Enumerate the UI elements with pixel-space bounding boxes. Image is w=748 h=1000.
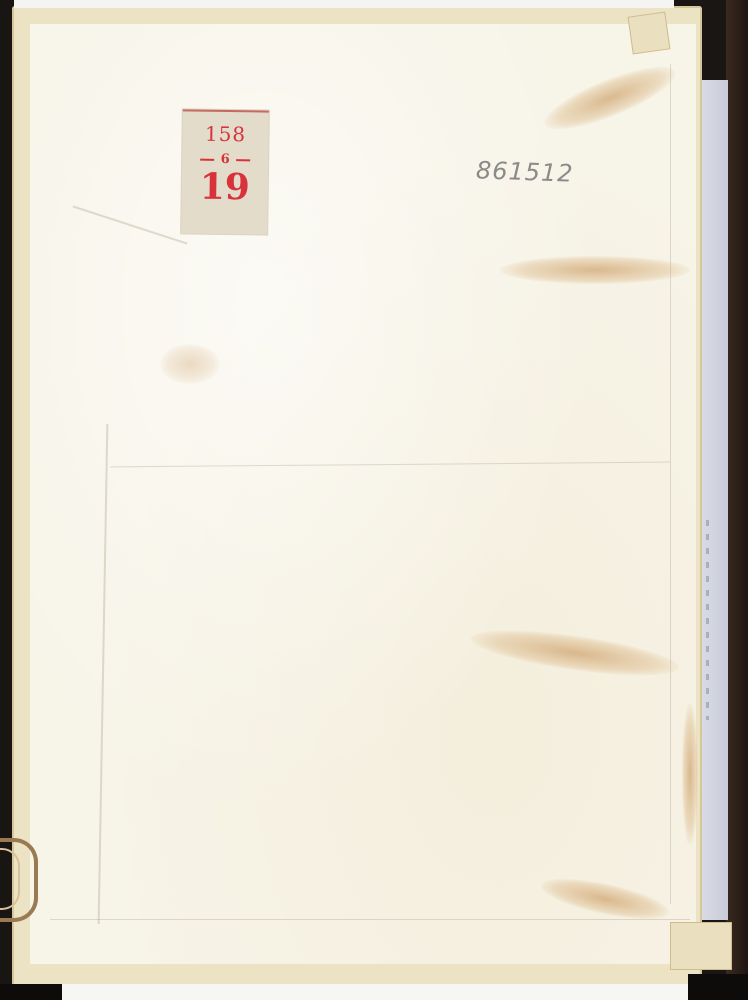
dash-left: [201, 158, 215, 160]
corner-reinforcement: [670, 922, 732, 970]
dash-right: [236, 159, 250, 161]
torn-corner-tab: [628, 12, 671, 55]
crease-right: [670, 64, 671, 904]
scanned-page: 158 6 19 861512: [0, 0, 748, 1000]
stain-lower-right: [469, 622, 682, 685]
crease-diagonal: [73, 206, 188, 245]
endpaper: [30, 24, 696, 964]
scan-background-top: [14, 0, 674, 8]
binding-string-loop: [0, 838, 38, 922]
crease-horizontal: [110, 462, 670, 468]
stain-upper-right: [500, 256, 690, 284]
shelfmark-line-2-text: 6: [221, 152, 230, 167]
scan-background-bottom: [0, 984, 748, 1000]
crease-bottom: [50, 919, 690, 920]
scan-background-bottom-right: [688, 974, 748, 1000]
scan-background-bottom-left: [0, 984, 62, 1000]
stain-foxing: [160, 344, 220, 384]
shelfmark-line-1: 158: [182, 121, 268, 146]
shelfmark-line-3: 19: [182, 168, 268, 205]
handwritten-inventory-number: 861512: [476, 156, 575, 187]
stain-top-right: [538, 55, 681, 141]
scan-background-right: [726, 0, 748, 1000]
crease-vertical: [98, 424, 109, 924]
stain-right-edge: [682, 704, 698, 844]
shelfmark-label: 158 6 19: [181, 109, 269, 234]
